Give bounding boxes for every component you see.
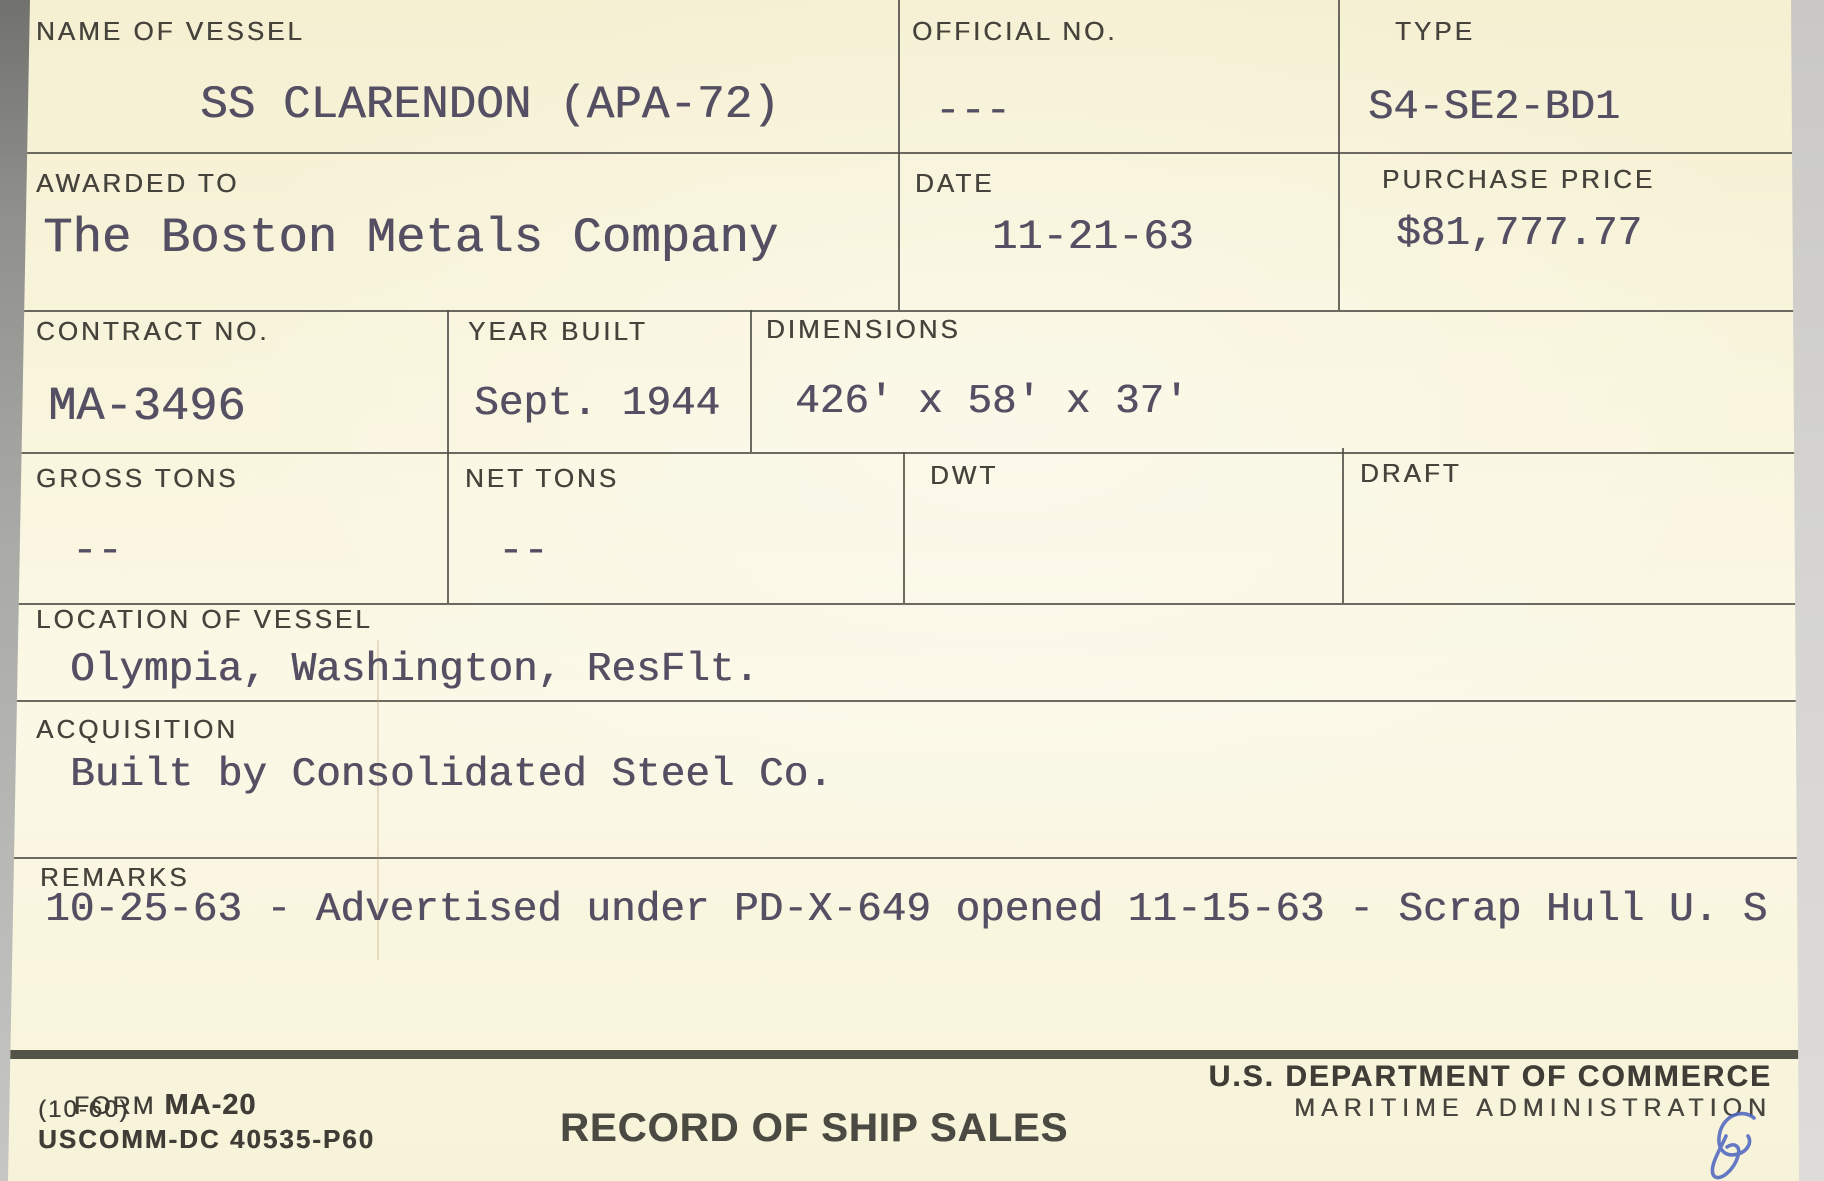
- location-of-vessel-value: Olympia, Washington, ResFlt.: [70, 648, 759, 693]
- record-card: NAME OF VESSEL SS CLARENDON (APA-72) OFF…: [0, 0, 1824, 1181]
- rule-footer-top: [4, 1050, 1804, 1059]
- divider-dwt: [903, 452, 905, 603]
- divider-draft: [1342, 448, 1344, 603]
- department-of-commerce-line: U.S. DEPARTMENT OF COMMERCE: [1209, 1062, 1772, 1092]
- contract-no-value: MA-3496: [48, 382, 245, 434]
- rule-location-bottom: [4, 700, 1804, 702]
- year-built-value: Sept. 1944: [474, 382, 720, 427]
- purchase-price-value: $81,777.77: [1396, 212, 1642, 257]
- rule-row1-bottom: [4, 152, 1804, 154]
- purchase-price-label: PURCHASE PRICE: [1382, 166, 1655, 192]
- dimensions-label: DIMENSIONS: [766, 316, 961, 342]
- divider-dimensions: [750, 310, 752, 452]
- location-of-vessel-label: LOCATION OF VESSEL: [36, 606, 373, 632]
- divider-year-built: [447, 310, 449, 603]
- handwritten-initials-mark: [1692, 1108, 1787, 1181]
- type-value: S4-SE2-BD1: [1368, 84, 1620, 130]
- name-of-vessel-value: SS CLARENDON (APA-72): [200, 80, 780, 131]
- name-of-vessel-label: NAME OF VESSEL: [36, 18, 305, 44]
- acquisition-label: ACQUISITION: [36, 716, 238, 742]
- dimensions-value: 426' x 58' x 37': [795, 380, 1189, 425]
- date-label: DATE: [915, 170, 994, 196]
- year-built-label: YEAR BUILT: [468, 318, 648, 344]
- type-label: TYPE: [1395, 18, 1475, 44]
- form-number: MA-20: [164, 1089, 256, 1121]
- rule-row2-bottom: [4, 310, 1804, 312]
- gross-tons-value: --: [72, 528, 122, 574]
- gross-tons-label: GROSS TONS: [36, 465, 238, 491]
- official-no-value: ---: [935, 88, 1011, 134]
- acquisition-value: Built by Consolidated Steel Co.: [70, 753, 833, 798]
- awarded-to-value: The Boston Metals Company: [43, 212, 778, 266]
- divider-official-no: [898, 0, 900, 310]
- date-value: 11-21-63: [992, 214, 1194, 260]
- divider-type: [1338, 0, 1340, 310]
- rule-acquisition-bottom: [4, 857, 1804, 859]
- remarks-value: 10-25-63 - Advertised under PD-X-649 ope…: [45, 888, 1767, 933]
- awarded-to-label: AWARDED TO: [36, 170, 239, 196]
- net-tons-label: NET TONS: [465, 465, 619, 491]
- form-revision: (10-60): [38, 1098, 129, 1122]
- contract-no-label: CONTRACT NO.: [36, 318, 269, 344]
- net-tons-value: --: [498, 528, 548, 574]
- draft-label: DRAFT: [1360, 460, 1462, 486]
- print-code: USCOMM-DC 40535-P60: [38, 1126, 375, 1152]
- official-no-label: OFFICIAL NO.: [912, 18, 1118, 44]
- scanned-ship-sales-card: { "doc": { "fields": { "name_of_vessel":…: [0, 0, 1824, 1181]
- record-of-ship-sales-title: RECORD OF SHIP SALES: [560, 1108, 1068, 1148]
- dwt-label: DWT: [930, 462, 998, 488]
